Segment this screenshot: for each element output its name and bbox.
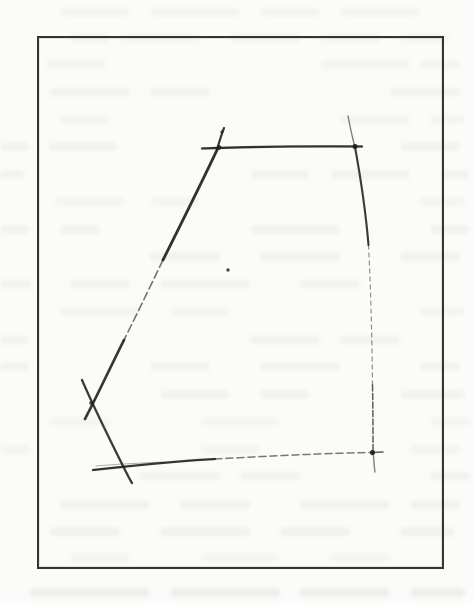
freehand-quadrilateral-sketch [0, 0, 473, 604]
top-edge [202, 146, 362, 148]
stray-ink-dot [226, 268, 229, 271]
left-edge-upper [163, 150, 217, 260]
right-edge-middle-faint [369, 245, 373, 385]
top-right-overshoot [348, 116, 355, 147]
left-edge-middle-faint [124, 260, 163, 340]
bottom-edge-right-faint [215, 453, 372, 460]
left-crossing-blob [89, 401, 93, 405]
top-left-tip-blob [220, 130, 223, 133]
top-left-vertex-blob [217, 145, 222, 150]
bottom-right-tail [373, 452, 375, 472]
top-right-vertex-blob [352, 144, 357, 149]
right-edge-upper [355, 147, 369, 245]
scanned-book-page [0, 0, 473, 604]
left-edge-lower [85, 340, 124, 419]
right-edge-lower [373, 385, 374, 452]
bottom-right-vertex-blob [370, 450, 375, 455]
